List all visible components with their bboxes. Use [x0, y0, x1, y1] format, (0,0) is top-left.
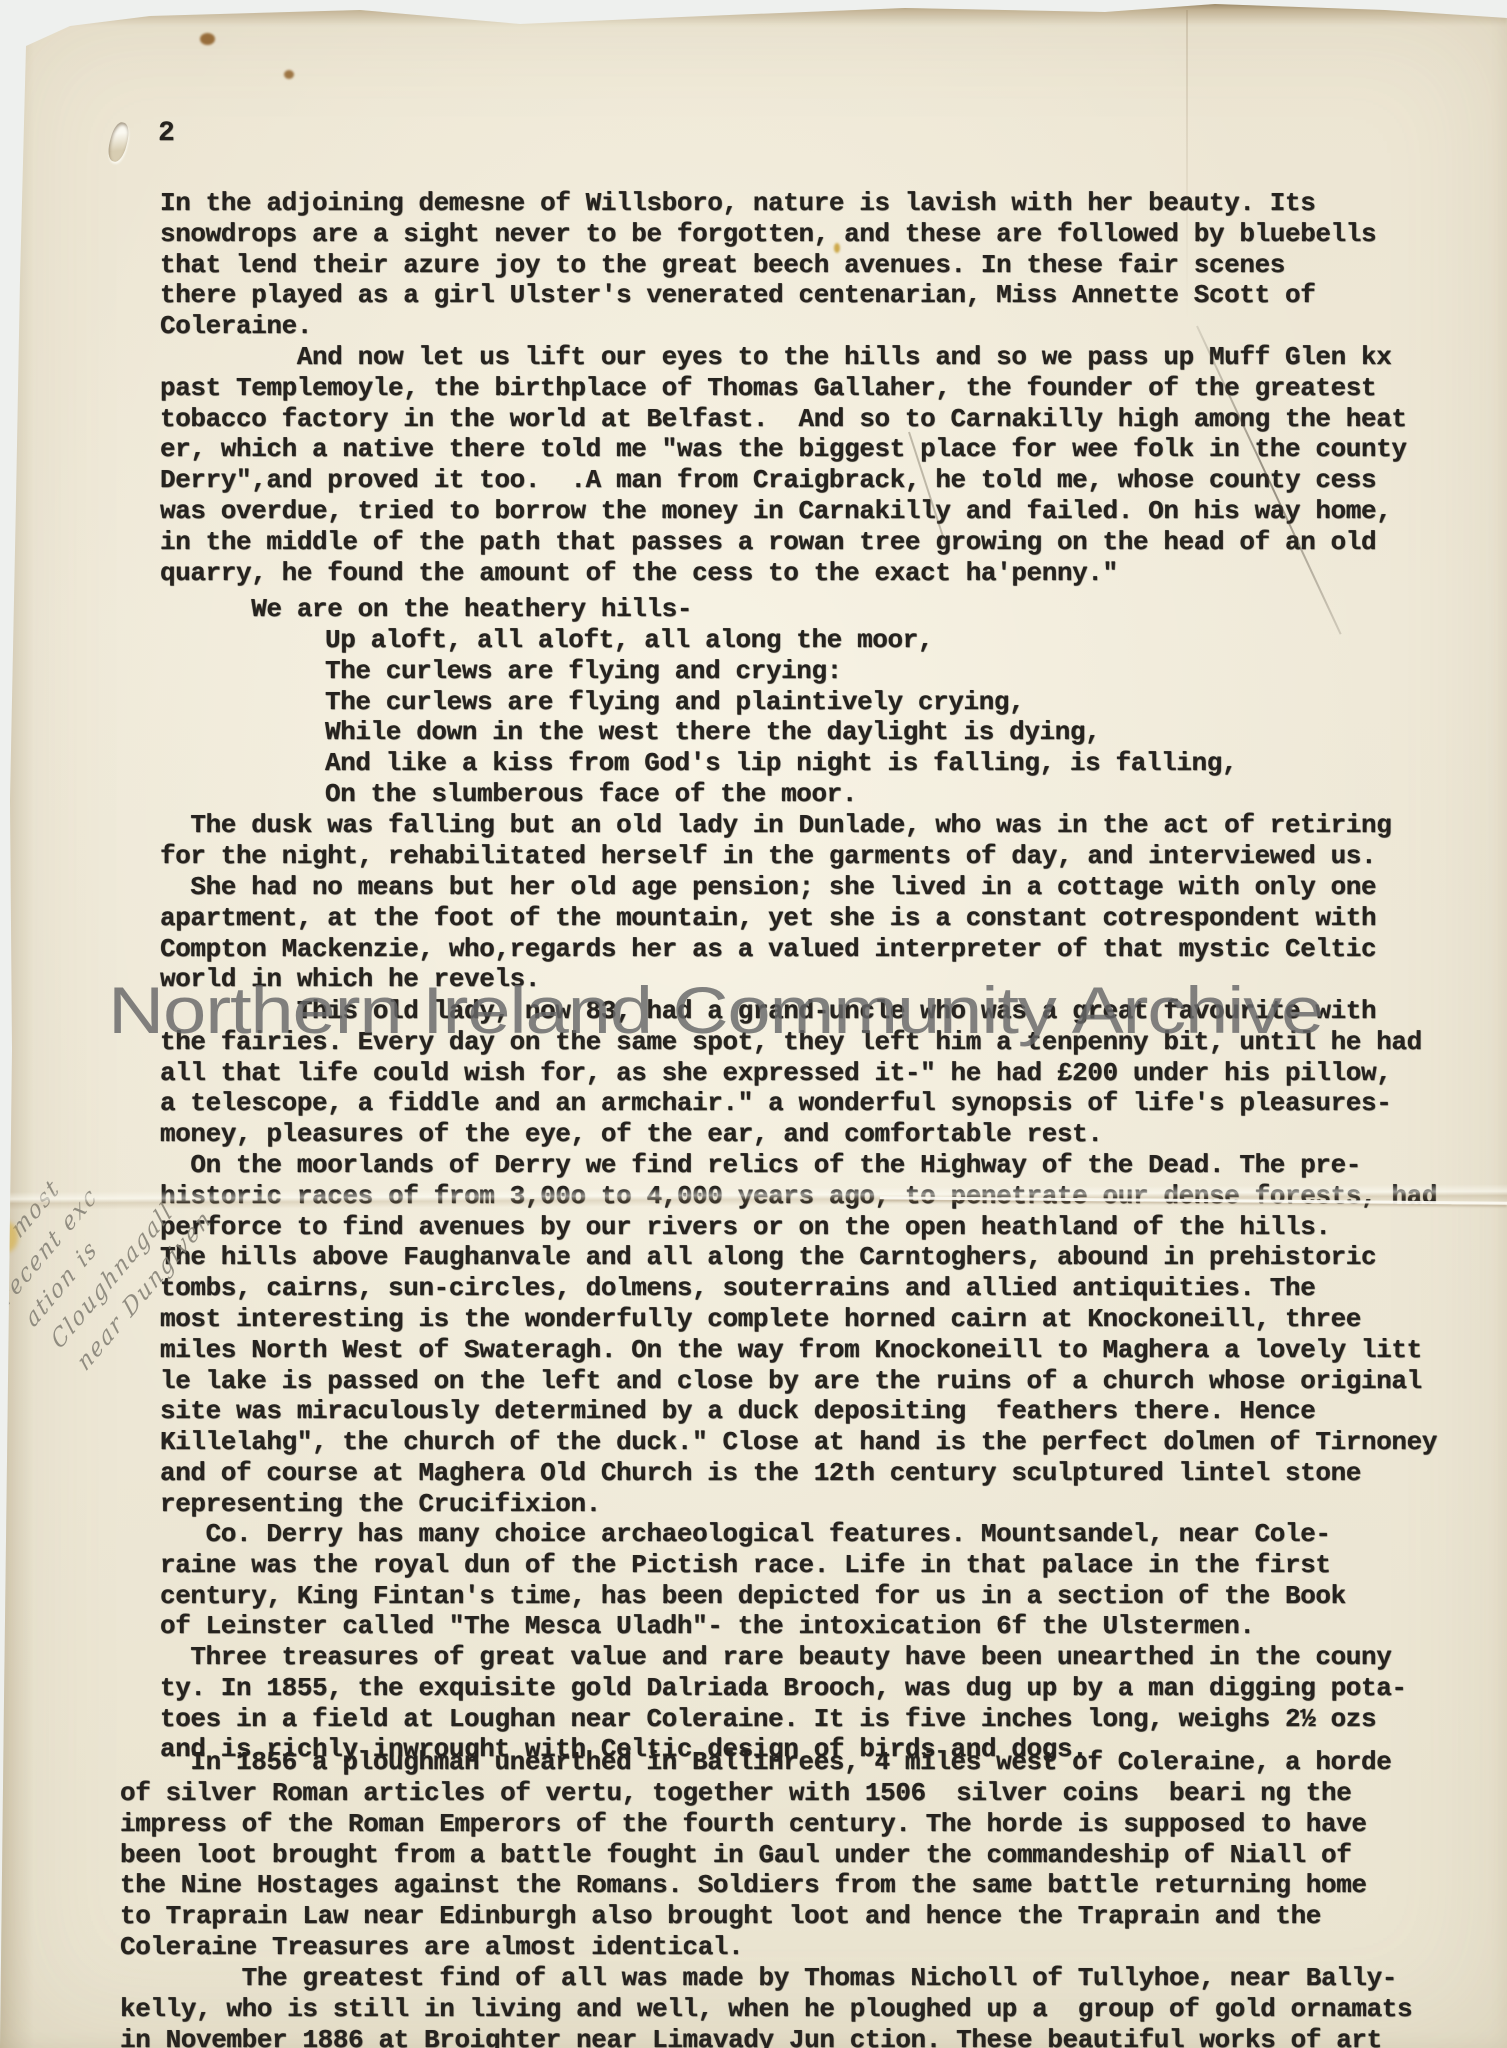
- watermark-overlay: Northern Ireland Community Archive: [108, 972, 1507, 1048]
- typed-line: tobacco factory in the world at Belfast.…: [160, 404, 1407, 435]
- typed-line: ty. In 1855, the exquisite gold Dalriada…: [160, 1673, 1407, 1704]
- typed-line: toes in a field at Loughan near Colerain…: [160, 1704, 1407, 1735]
- fold-crease-vertical: [1186, 10, 1188, 320]
- typed-line: And now let us lift our eyes to the hill…: [160, 342, 1407, 373]
- typed-line: most interesting is the wonderfully comp…: [160, 1304, 1437, 1335]
- typed-line: The greatest find of all was made by Tho…: [120, 1963, 1412, 1994]
- typed-line: In 1856 a ploughman unearthed in Ballinr…: [160, 1747, 1391, 1778]
- typed-line: to Traprain Law near Edinburgh also brou…: [120, 1901, 1367, 1932]
- typed-line: Killelahg", the church of the duck." Clo…: [160, 1427, 1437, 1458]
- top-edge-discoloration: [0, 0, 1507, 26]
- typed-line: She had no means but her old age pension…: [160, 872, 1376, 903]
- typed-line: raine was the royal dun of the Pictish r…: [160, 1550, 1346, 1581]
- typed-line: Co. Derry has many choice archaeological…: [160, 1519, 1346, 1550]
- typed-paragraph-p1: In the adjoining demesne of Willsboro, n…: [160, 188, 1376, 342]
- typed-paragraph-p8: of silver Roman articles of vertu, toget…: [120, 1778, 1367, 1963]
- typed-line: On the slumberous face of the moor.: [325, 779, 1237, 810]
- typed-line: While down in the west there the dayligh…: [325, 717, 1237, 748]
- typed-line: kelly, who is still in living and well, …: [120, 1994, 1412, 2025]
- document-page: 2 In the adjoining demesne of Willsboro,…: [0, 0, 1507, 2048]
- typed-line: Compton Mackenzie, who,regards her as a …: [160, 934, 1376, 965]
- rust-spot: [284, 70, 294, 79]
- typed-line: in November 1886 at Broighter near Limav…: [120, 2025, 1412, 2048]
- typed-paragraph-overlap2: In 1856 a ploughman unearthed in Ballinr…: [160, 1747, 1391, 1778]
- rust-spot: [834, 243, 840, 253]
- rust-spot: [200, 33, 215, 45]
- typed-paragraph-weare: We are on the heathery hills-: [160, 594, 692, 625]
- typed-line: that lend their azure joy to the great b…: [160, 250, 1376, 281]
- typed-line: Up aloft, all aloft, all along the moor,: [325, 625, 1237, 656]
- page-number: 2: [158, 118, 175, 149]
- typed-line: century, King Fintan's time, has been de…: [160, 1581, 1346, 1612]
- typed-line: in the middle of the path that passes a …: [160, 527, 1407, 558]
- typed-line: all that life could wish for, as she exp…: [160, 1058, 1422, 1089]
- left-edge-shading: [0, 0, 34, 2048]
- typed-line: On the moorlands of Derry we find relics…: [160, 1150, 1437, 1181]
- typed-line: Three treasures of great value and rare …: [160, 1642, 1407, 1673]
- typed-line: the Nine Hostages against the Romans. So…: [120, 1870, 1367, 1901]
- typed-line: impress of the Roman Emperors of the fou…: [120, 1809, 1367, 1840]
- typed-line: tombs, cairns, sun-circles, dolmens, sou…: [160, 1273, 1437, 1304]
- typed-line: Derry",and proved it too. .A man from Cr…: [160, 465, 1407, 496]
- typed-line: there played as a girl Ulster's venerate…: [160, 280, 1376, 311]
- typed-line: The hills above Faughanvale and all alon…: [160, 1242, 1437, 1273]
- typed-line: le lake is passed on the left and close …: [160, 1366, 1437, 1397]
- typed-line: er, which a native there told me "was th…: [160, 434, 1407, 465]
- typed-line: Coleraine.: [160, 311, 1376, 342]
- typed-paragraph-poem: Up aloft, all aloft, all along the moor,…: [325, 625, 1237, 810]
- typed-line: The dusk was falling but an old lady in …: [160, 810, 1391, 841]
- typed-line: for the night, rehabilitated herself in …: [160, 841, 1391, 872]
- typed-line: In the adjoining demesne of Willsboro, n…: [160, 188, 1376, 219]
- typed-line: The curlews are flying and plaintively c…: [325, 687, 1237, 718]
- scan-background: { "document": { "page_number": "2", "wat…: [0, 0, 1507, 2048]
- typed-line: And like a kiss from God's lip night is …: [325, 748, 1237, 779]
- typed-line: snowdrops are a sight never to be forgot…: [160, 219, 1376, 250]
- typed-line: The curlews are flying and crying:: [325, 656, 1237, 687]
- typed-line: miles North West of Swateragh. On the wa…: [160, 1335, 1437, 1366]
- typed-line: apartment, at the foot of the mountain, …: [160, 903, 1376, 934]
- typed-line: was overdue, tried to borrow the money i…: [160, 496, 1407, 527]
- typed-line: a telescope, a fiddle and an armchair." …: [160, 1088, 1422, 1119]
- typed-line: money, pleasures of the eye, of the ear,…: [160, 1119, 1422, 1150]
- typed-paragraph-p9: The greatest find of all was made by Tho…: [120, 1963, 1412, 2048]
- typed-line: perforce to find avenues by our rivers o…: [160, 1212, 1437, 1243]
- typed-paragraph-p6: Co. Derry has many choice archaeological…: [160, 1519, 1346, 1642]
- typed-line: and of course at Maghera Old Church is t…: [160, 1458, 1437, 1489]
- typed-line: representing the Crucifixion.: [160, 1489, 1437, 1520]
- typed-paragraph-p3: The dusk was falling but an old lady in …: [160, 810, 1391, 872]
- typed-line: site was miraculously determined by a du…: [160, 1396, 1437, 1427]
- typed-line: of silver Roman articles of vertu, toget…: [120, 1778, 1367, 1809]
- typed-line: been loot brought from a battle fought i…: [120, 1840, 1367, 1871]
- typed-line: Coleraine Treasures are almost identical…: [120, 1932, 1367, 1963]
- typed-line: of Leinster called "The Mesca Uladh"- th…: [160, 1611, 1346, 1642]
- punch-hole: [105, 121, 131, 164]
- typed-line: We are on the heathery hills-: [160, 594, 692, 625]
- typed-paragraph-p7: Three treasures of great value and rare …: [160, 1642, 1407, 1734]
- typed-line: quarry, he found the amount of the cess …: [160, 558, 1407, 589]
